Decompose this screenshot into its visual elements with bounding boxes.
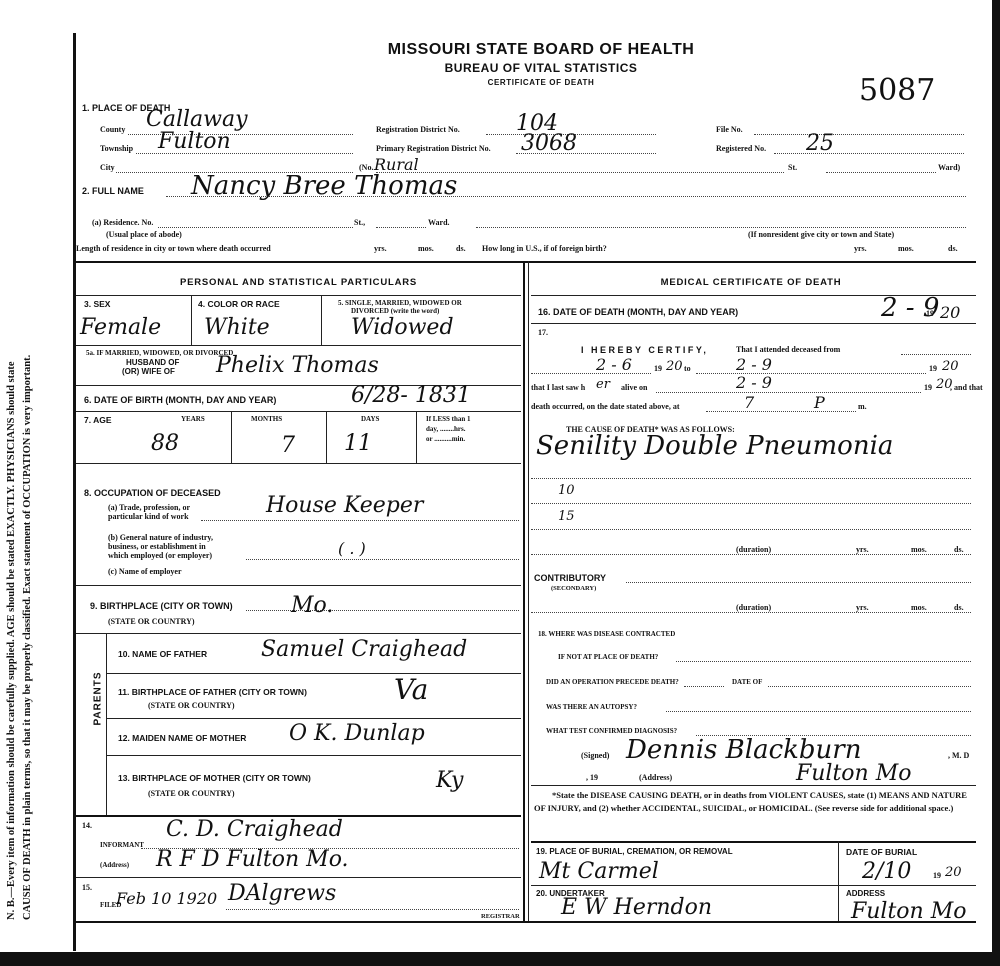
dod-label: 16. DATE OF DEATH (MONTH, DAY AND YEAR) [538, 307, 738, 317]
mother-name-label: 12. MAIDEN NAME OF MOTHER [118, 733, 246, 743]
spouse-label-3: (OR) WIFE OF [122, 367, 175, 376]
personal-section-title: PERSONAL AND STATISTICAL PARTICULARS [76, 277, 521, 288]
mos-label: mos. [418, 244, 434, 253]
minutes-label: or ..........min. [426, 435, 465, 443]
side-instructions: N. B.—Every item of information should b… [4, 90, 48, 920]
duration-yrs-2: yrs. [856, 603, 869, 612]
undertaker-address-label: ADDRESS [846, 889, 885, 898]
registration-district-label: Registration District No. [376, 125, 460, 134]
burial-year-prefix: 19 [933, 871, 941, 880]
last-saw-label: that I last saw h [531, 383, 585, 392]
side-note-line-1: N. B.—Every item of information should b… [4, 90, 20, 920]
attended-from-date: 2 - 6 [596, 355, 632, 374]
registrar-label: REGISTRAR [481, 913, 520, 920]
registrar-signature: DAlgrews [228, 881, 336, 906]
attended-from-year: 20 [666, 359, 683, 374]
occ-c-label: (c) Name of employer [108, 567, 182, 576]
duration-ds-2: ds. [954, 603, 964, 612]
occ-b-label: (b) General nature of industry, [108, 533, 213, 542]
mother-name-value: O K. Dunlap [289, 721, 425, 746]
m-label: m. [858, 402, 867, 411]
spouse-value: Phelix Thomas [216, 353, 379, 378]
yrs-label: yrs. [374, 244, 387, 253]
file-number-label: File No. [716, 125, 743, 134]
registered-number-value: 25 [806, 131, 834, 156]
mother-birthplace-label: 13. BIRTHPLACE OF MOTHER (CITY OR TOWN) [118, 773, 311, 783]
age-label: 7. AGE [84, 415, 112, 425]
dod-value: 2 - 9 [881, 293, 939, 323]
physician-address-label: (Address) [639, 773, 672, 782]
full-name-value: Nancy Bree Thomas [191, 171, 457, 201]
us-yrs-label: yrs. [854, 244, 867, 253]
duration-label-2: (duration) [736, 603, 771, 612]
spouse-label-2: HUSBAND OF [126, 358, 179, 367]
scan-edge-bottom [0, 952, 1000, 966]
father-birthplace-sub: (STATE OR COUNTRY) [148, 701, 235, 710]
industry-value: ( . ) [338, 539, 366, 558]
race-value: White [204, 315, 270, 340]
marital-label: 5. SINGLE, MARRIED, WIDOWED OR [338, 299, 462, 307]
last-saw-year-prefix: 19 [924, 383, 932, 392]
operation-label: DID AN OPERATION PRECEDE DEATH? [546, 678, 679, 686]
operation-date-label: DATE OF [732, 678, 762, 686]
spouse-label-1: 5a. IF MARRIED, WIDOWED, OR DIVORCED [86, 349, 233, 357]
death-occurred-label: death occurred, on the date stated above… [531, 402, 680, 411]
from-year-prefix: 19 [654, 364, 662, 373]
duration-label: (duration) [736, 545, 771, 554]
last-saw-pronoun: er [596, 377, 610, 392]
signed-label: (Signed) [581, 751, 609, 760]
diagnosis-test-label: WHAT TEST CONFIRMED DIAGNOSIS? [546, 727, 677, 735]
burial-place-label: 19. PLACE OF BURIAL, CREMATION, OR REMOV… [536, 847, 733, 856]
birthplace-label: 9. BIRTHPLACE (CITY OR TOWN) [90, 601, 233, 611]
death-certificate-form: MISSOURI STATE BOARD OF HEALTH BUREAU OF… [73, 33, 998, 951]
father-name-label: 10. NAME OF FATHER [118, 649, 207, 659]
burial-place-value: Mt Carmel [539, 859, 659, 884]
father-birthplace-label: 11. BIRTHPLACE OF FATHER (CITY OR TOWN) [118, 687, 307, 697]
race-label: 4. COLOR OR RACE [198, 299, 280, 309]
attended-to-year: 20 [942, 359, 959, 374]
contributory-sub: (SECONDARY) [551, 585, 596, 592]
length-residence-label: Length of residence in city or town wher… [76, 244, 271, 253]
undertaker-value: E W Herndon [561, 895, 712, 920]
dod-year: 20 [940, 303, 960, 322]
contributory-label: CONTRIBUTORY [534, 573, 606, 583]
signature-year-label: , 19 [586, 773, 598, 782]
alive-on-label: alive on [621, 383, 647, 392]
attended-to-date: 2 - 9 [736, 355, 772, 374]
informant-label: INFORMANT [100, 841, 144, 849]
filed-date-value: Feb 10 1920 [116, 889, 217, 908]
residence-ward-label: Ward. [428, 218, 450, 227]
full-name-label: 2. FULL NAME [82, 186, 144, 196]
primary-registration-label: Primary Registration District No. [376, 144, 491, 153]
time-of-death: 7 [744, 393, 754, 412]
age-months-value: 7 [281, 433, 295, 458]
burial-date-label: DATE OF BURIAL [846, 847, 917, 857]
form-subtitle: BUREAU OF VITAL STATISTICS [336, 61, 746, 75]
certify-label: I HEREBY CERTIFY, [581, 345, 708, 355]
informant-value: C. D. Craighead [166, 817, 343, 842]
mother-birthplace-value: Ky [436, 768, 463, 793]
cause-line-3: 15 [558, 509, 575, 524]
cause-footnote: *State the DISEASE CAUSING DEATH, or in … [534, 789, 969, 815]
item-17: 17. [538, 328, 548, 337]
residence-sub-label: (Usual place of abode) [106, 230, 182, 239]
hours-label: day, ........hrs. [426, 425, 465, 433]
occupation-value: House Keeper [266, 493, 423, 518]
burial-year: 20 [945, 865, 962, 880]
us-ds-label: ds. [948, 244, 958, 253]
township-label: Township [100, 144, 133, 153]
and-that-label: , and that [950, 383, 983, 392]
occ-a-label: (a) Trade, profession, or [108, 503, 190, 512]
physician-address-value: Fulton Mo [796, 761, 912, 786]
informant-number: 14. [82, 821, 92, 830]
parents-label: PARENTS [88, 633, 104, 815]
father-name-value: Samuel Craighead [261, 637, 467, 662]
registered-number-label: Registered No. [716, 144, 766, 153]
to-label: to [684, 364, 691, 373]
cause-line-2: 10 [558, 483, 575, 498]
informant-address-value: R F D Fulton Mo. [156, 847, 349, 872]
cause-of-death-value: Senility Double Pneumonia [536, 431, 893, 461]
years-label: YEARS [181, 415, 205, 423]
residence-street-label: St., [354, 218, 365, 227]
dob-value: 6/28- 1831 [351, 383, 471, 408]
occ-b-label-2: business, or establishment in [108, 542, 206, 551]
last-saw-date: 2 - 9 [736, 373, 772, 392]
occupation-label: 8. OCCUPATION OF DECEASED [84, 488, 221, 498]
county-label: County [100, 125, 125, 134]
marital-value: Widowed [351, 315, 454, 340]
birthplace-sub-label: (STATE OR COUNTRY) [108, 617, 195, 626]
age-days-value: 11 [344, 431, 372, 456]
duration-mos: mos. [911, 545, 927, 554]
us-residence-label: How long in U.S., if of foreign birth? [482, 244, 607, 253]
sex-label: 3. SEX [84, 299, 110, 309]
mother-birthplace-sub: (STATE OR COUNTRY) [148, 789, 235, 798]
autopsy-label: WAS THERE AN AUTOPSY? [546, 703, 637, 711]
primary-registration-value: 3068 [521, 131, 577, 156]
form-title: MISSOURI STATE BOARD OF HEALTH [336, 41, 746, 59]
residence-label: (a) Residence. No. [92, 218, 153, 227]
not-at-place-label: IF NOT AT PLACE OF DEATH? [558, 653, 658, 661]
age-years-value: 88 [151, 431, 179, 456]
side-note-line-2: CAUSE OF DEATH in plain terms, so that i… [20, 90, 36, 920]
occ-b-label-3: which employed (or employer) [108, 551, 212, 560]
disease-contracted-label: 18. WHERE WAS DISEASE CONTRACTED [538, 630, 675, 638]
to-year-prefix: 19 [929, 364, 937, 373]
medical-section-title: MEDICAL CERTIFICATE OF DEATH [531, 277, 971, 288]
father-birthplace-value: Va [394, 673, 428, 706]
ward-label: Ward) [938, 163, 960, 172]
sex-value: Female [80, 315, 161, 340]
time-ampm: P [814, 393, 825, 412]
months-label: MONTHS [251, 415, 282, 423]
duration-yrs: yrs. [856, 545, 869, 554]
md-label: , M. D [948, 751, 969, 760]
marital-label-2: DIVORCED (write the word) [351, 307, 439, 315]
duration-mos-2: mos. [911, 603, 927, 612]
nonresident-label: (If nonresident give city or town and St… [748, 230, 894, 239]
us-mos-label: mos. [898, 244, 914, 253]
certificate-number: 5087 [859, 73, 935, 108]
birthplace-value: Mo. [291, 593, 333, 618]
duration-ds: ds. [954, 545, 964, 554]
dod-year-prefix: 19 [926, 309, 934, 318]
street-label: St. [788, 163, 797, 172]
form-name: CERTIFICATE OF DEATH [336, 78, 746, 87]
days-label: DAYS [361, 415, 379, 423]
informant-address-label: (Address) [100, 861, 129, 869]
township-value: Fulton [158, 129, 231, 154]
occ-a-label-2: particular kind of work [108, 512, 189, 521]
dob-label: 6. DATE OF BIRTH (MONTH, DAY AND YEAR) [84, 395, 276, 405]
certify-rest: That I attended deceased from [736, 345, 840, 354]
burial-date-value: 2/10 [862, 859, 911, 884]
less-than-day-label: If LESS than 1 [426, 415, 471, 423]
ds-label: ds. [456, 244, 466, 253]
filed-number: 15. [82, 883, 92, 892]
city-label: City [100, 163, 115, 172]
